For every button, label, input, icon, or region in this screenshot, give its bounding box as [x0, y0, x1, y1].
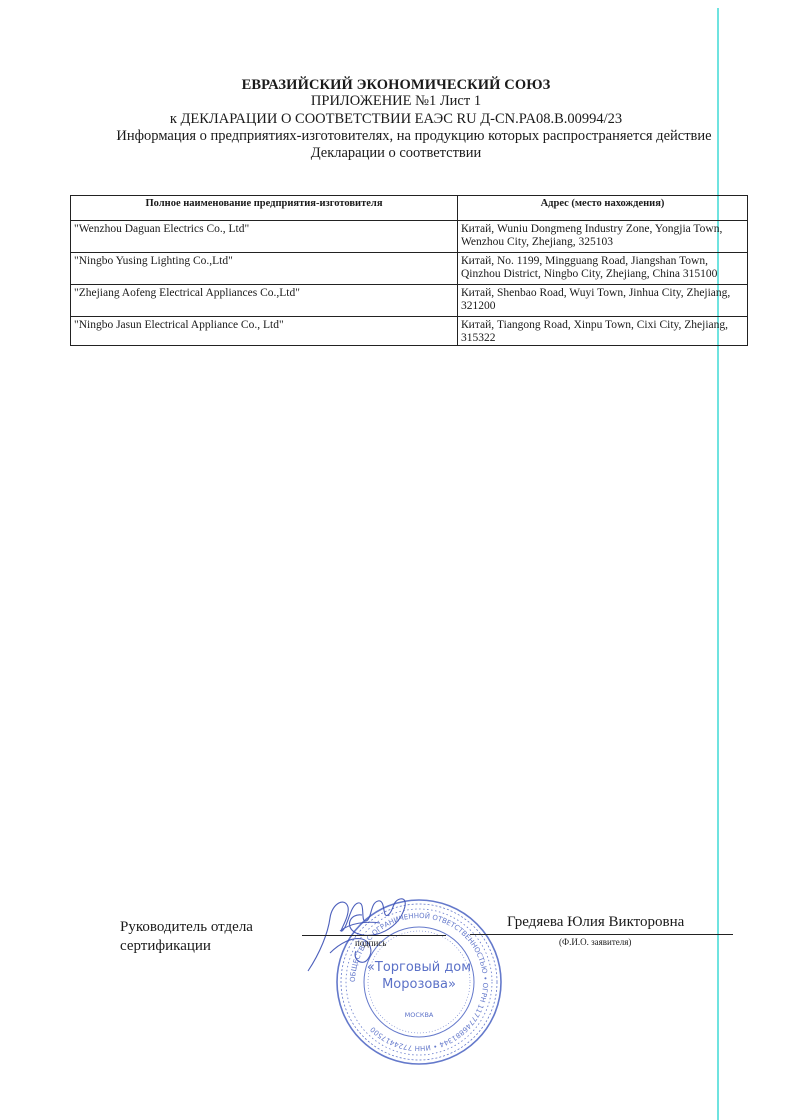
role-line-1: Руководитель отдела: [120, 918, 253, 937]
table-row: "Ningbo Yusing Lighting Co.,Ltd" Китай, …: [71, 253, 748, 285]
manufacturer-address: Китай, Wuniu Dongmeng Industry Zone, Yon…: [458, 221, 748, 253]
column-header-name: Полное наименование предприятия-изготови…: [71, 196, 458, 221]
table-header-row: Полное наименование предприятия-изготови…: [71, 196, 748, 221]
stamp-city: МОСКВА: [405, 1011, 434, 1019]
name-line: [470, 934, 733, 935]
name-caption: (Ф.И.О. заявителя): [559, 937, 631, 947]
signatory-name: Гредяева Юлия Викторовна: [507, 914, 684, 931]
handwritten-signature: [300, 893, 420, 973]
manufacturer-address: Китай, No. 1199, Mingguang Road, Jiangsh…: [458, 253, 748, 285]
signature-line: [302, 935, 446, 936]
table-row: "Zhejiang Aofeng Electrical Appliances C…: [71, 285, 748, 317]
signature-caption: подпись: [355, 938, 386, 948]
union-title: ЕВРАЗИЙСКИЙ ЭКОНОМИЧЕСКИЙ СОЮЗ: [0, 77, 792, 94]
annex-number: ПРИЛОЖЕНИЕ №1 Лист 1: [0, 93, 792, 110]
table-row: "Wenzhou Daguan Electrics Co., Ltd" Кита…: [71, 221, 748, 253]
manufacturer-name: "Ningbo Yusing Lighting Co.,Ltd": [71, 253, 458, 285]
stamp-center-line-2: Морозова»: [382, 977, 456, 992]
description-line-2: Декларации о соответствии: [0, 145, 792, 162]
manufacturer-name: "Zhejiang Aofeng Electrical Appliances C…: [71, 285, 458, 317]
manufacturer-address: Китай, Shenbao Road, Wuyi Town, Jinhua C…: [458, 285, 748, 317]
table-row: "Ningbo Jasun Electrical Appliance Co., …: [71, 317, 748, 346]
manufacturer-address: Китай, Tiangong Road, Xinpu Town, Cixi C…: [458, 317, 748, 346]
column-header-address: Адрес (место нахождения): [458, 196, 748, 221]
scan-edge-line: [717, 8, 719, 1120]
manufacturer-name: "Wenzhou Daguan Electrics Co., Ltd": [71, 221, 458, 253]
role-line-2: сертификации: [120, 937, 253, 956]
description-line-1: Информация о предприятиях-изготовителях,…: [36, 128, 792, 145]
manufacturers-table: Полное наименование предприятия-изготови…: [70, 195, 748, 346]
manufacturer-name: "Ningbo Jasun Electrical Appliance Co., …: [71, 317, 458, 346]
signatory-role: Руководитель отдела сертификации: [120, 918, 253, 956]
declaration-reference: к ДЕКЛАРАЦИИ О СООТВЕТСТВИИ ЕАЭС RU Д-CN…: [0, 111, 792, 128]
